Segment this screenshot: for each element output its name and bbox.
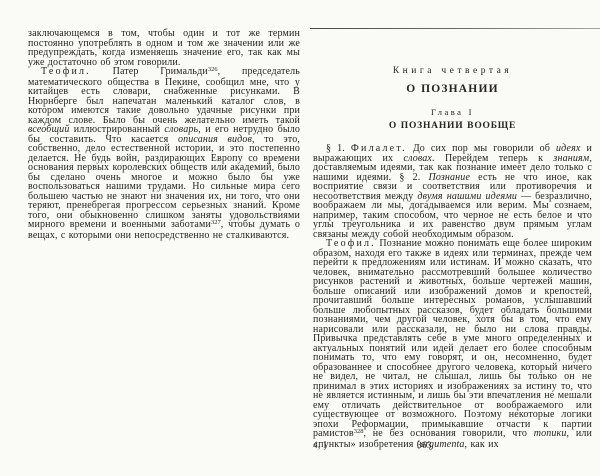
text-run: Патер Гримальди [91, 66, 208, 77]
paragraph: заключающемся в том, чтобы один и тот же… [28, 29, 300, 67]
page-number: 363 [417, 440, 432, 450]
printer-signature-mark: 4, I [313, 440, 327, 450]
right-page-column: Книга четвертая О ПОЗНАНИИ Глава I О ПОЗ… [313, 28, 592, 449]
paragraph: Теофил. Патер Гримальди326, председатель… [28, 67, 300, 240]
chapter-opening-headings: Книга четвертая О ПОЗНАНИИ Глава I О ПОЗ… [313, 66, 592, 131]
text-run: заключающемся в том, чтобы один и тот же… [28, 28, 300, 68]
footnote-reference: 326 [208, 66, 218, 73]
text-run: , то это, собственно, дело естественной … [28, 134, 300, 231]
text-run: , как их [465, 439, 499, 450]
left-page-column: заключающемся в том, чтобы один и тот же… [28, 29, 300, 240]
chapter-title: О ПОЗНАНИИ ВООБЩЕ [313, 121, 592, 131]
right-page-body: § 1. Филалет. До сих пор мы говорили об … [313, 144, 592, 449]
book-part-heading: Книга четвертая [313, 66, 592, 76]
italic-term: топики [534, 428, 567, 439]
chapter-heading: Глава I [313, 108, 592, 117]
book-part-title: О ПОЗНАНИИ [313, 83, 592, 95]
speaker-name: Теофил. [41, 66, 91, 77]
footnote-reference: 327 [211, 219, 221, 226]
footnote-reference: 328 [354, 428, 364, 435]
paragraph: Теофил. Познание можно понимать еще боле… [313, 239, 592, 449]
text-run: Познание можно понимать еще более широки… [313, 238, 592, 439]
scanned-book-page: { "scan": { "left_page": { "paragraphs":… [0, 0, 600, 476]
text-run: , не без основания говорили, что [363, 428, 533, 439]
book-scan-spread: заключающемся в том, чтобы один и тот же… [0, 0, 600, 476]
paragraph: § 1. Филалет. До сих пор мы говорили об … [313, 144, 592, 239]
